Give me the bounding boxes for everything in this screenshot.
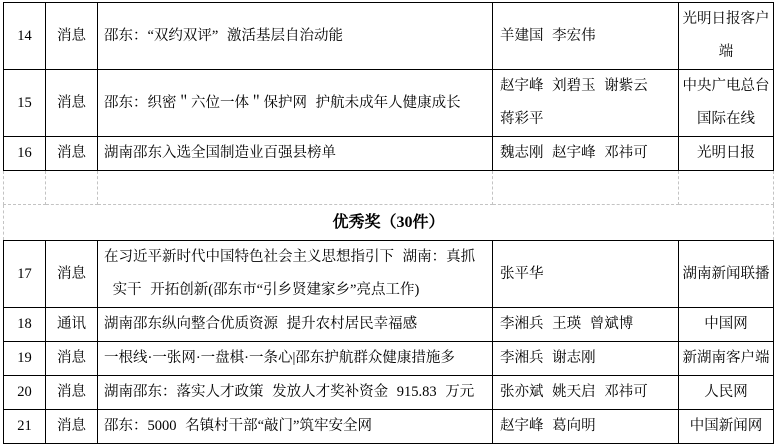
row-number-cell: 16	[4, 137, 46, 171]
publication-cell: 湖南新闻联播	[679, 241, 774, 308]
row-number-cell: 20	[4, 376, 46, 410]
genre-cell: 消息	[46, 241, 98, 308]
table-row: 17 消息 在习近平新时代中国特色社会主义思想指引下 湖南：真抓 实干 开拓创新…	[4, 241, 774, 308]
authors-cell: 羊建国 李宏伟	[493, 3, 679, 70]
genre-cell: 消息	[46, 376, 98, 410]
title-cell: 湖南邵东：落实人才政策 发放人才奖补资金 915.83 万元	[98, 376, 493, 410]
empty-cell	[46, 171, 98, 205]
publication-cell: 人民网	[679, 376, 774, 410]
title-cell: 湖南邵东入选全国制造业百强县榜单	[98, 137, 493, 171]
authors-cell: 李湘兵 谢志刚	[493, 342, 679, 376]
genre-cell: 通讯	[46, 308, 98, 342]
empty-cell	[98, 171, 493, 205]
row-number-cell: 18	[4, 308, 46, 342]
table-row: 19 消息 一根线·一张网·一盘棋·一条心|邵东护航群众健康措施多 李湘兵 谢志…	[4, 342, 774, 376]
authors-cell: 张平华	[493, 241, 679, 308]
row-number-cell: 15	[4, 70, 46, 137]
authors-cell: 张亦斌 姚天启 邓祎可	[493, 376, 679, 410]
table-row: 16 消息 湖南邵东入选全国制造业百强县榜单 魏志刚 赵宇峰 邓祎可 光明日报	[4, 137, 774, 171]
table-row: 15 消息 邵东：织密＂六位一体＂保护网 护航未成年人健康成长 赵宇峰 刘碧玉 …	[4, 70, 774, 137]
row-number-cell: 21	[4, 410, 46, 444]
title-cell: 在习近平新时代中国特色社会主义思想指引下 湖南：真抓 实干 开拓创新(邵东市“引…	[98, 241, 493, 308]
authors-cell: 赵宇峰 葛向明	[493, 410, 679, 444]
awards-table: 14 消息 邵东：“双约双评” 激活基层自治动能 羊建国 李宏伟 光明日报客户 …	[3, 2, 774, 444]
row-number-cell: 19	[4, 342, 46, 376]
title-cell: 湖南邵东纵向整合优质资源 提升农村居民幸福感	[98, 308, 493, 342]
genre-cell: 消息	[46, 342, 98, 376]
table-row: 14 消息 邵东：“双约双评” 激活基层自治动能 羊建国 李宏伟 光明日报客户 …	[4, 3, 774, 70]
publication-cell: 中国新闻网	[679, 410, 774, 444]
section-header-row: 优秀奖（30件）	[4, 205, 774, 241]
empty-cell	[4, 171, 46, 205]
row-number-cell: 14	[4, 3, 46, 70]
title-cell: 一根线·一张网·一盘棋·一条心|邵东护航群众健康措施多	[98, 342, 493, 376]
publication-cell: 新湖南客户端	[679, 342, 774, 376]
genre-cell: 消息	[46, 3, 98, 70]
genre-cell: 消息	[46, 410, 98, 444]
publication-cell: 中国网	[679, 308, 774, 342]
authors-cell: 魏志刚 赵宇峰 邓祎可	[493, 137, 679, 171]
genre-cell: 消息	[46, 137, 98, 171]
empty-cell	[493, 171, 679, 205]
table-row: 21 消息 邵东：5000 名镇村干部“敲门”筑牢安全网 赵宇峰 葛向明 中国新…	[4, 410, 774, 444]
genre-cell: 消息	[46, 70, 98, 137]
authors-cell: 李湘兵 王瑛 曾斌博	[493, 308, 679, 342]
publication-cell: 光明日报	[679, 137, 774, 171]
publication-cell: 中央广电总台 国际在线	[679, 70, 774, 137]
empty-row	[4, 171, 774, 205]
table-row: 20 消息 湖南邵东：落实人才政策 发放人才奖补资金 915.83 万元 张亦斌…	[4, 376, 774, 410]
title-cell: 邵东：5000 名镇村干部“敲门”筑牢安全网	[98, 410, 493, 444]
row-number-cell: 17	[4, 241, 46, 308]
empty-cell	[679, 171, 774, 205]
title-cell: 邵东：织密＂六位一体＂保护网 护航未成年人健康成长	[98, 70, 493, 137]
section-header: 优秀奖（30件）	[4, 205, 774, 241]
authors-cell: 赵宇峰 刘碧玉 谢紫云 蒋彩平	[493, 70, 679, 137]
table-row: 18 通讯 湖南邵东纵向整合优质资源 提升农村居民幸福感 李湘兵 王瑛 曾斌博 …	[4, 308, 774, 342]
publication-cell: 光明日报客户 端	[679, 3, 774, 70]
title-cell: 邵东：“双约双评” 激活基层自治动能	[98, 3, 493, 70]
